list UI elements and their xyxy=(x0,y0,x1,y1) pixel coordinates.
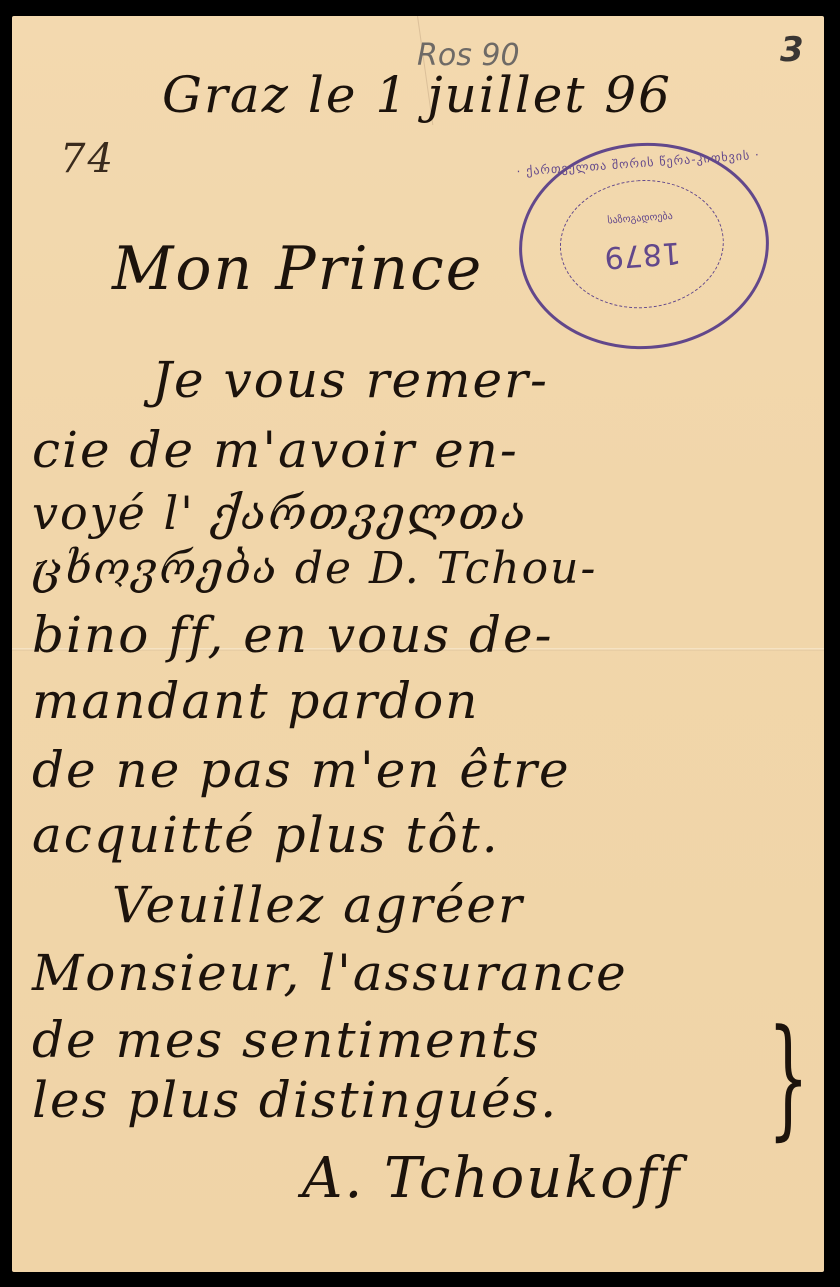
body-line: ცხოვრება de D. Tchou- xyxy=(32,543,597,594)
purple-society-stamp: · ქართველთა შორის წერა-კითხვის · საზოგად… xyxy=(512,135,776,358)
letter-page: Ros 90 3 74 Graz le 1 juillet 96 · ქართვ… xyxy=(12,16,824,1272)
body-line: de ne pas m'en être xyxy=(32,741,571,799)
body-line: mandant pardon xyxy=(32,672,479,730)
body-line: les plus distingués. xyxy=(32,1071,558,1129)
body-line: cie de m'avoir en- xyxy=(32,421,519,479)
dateline: Graz le 1 juillet 96 xyxy=(162,66,672,124)
stamp-inner-text: საზოგადოება xyxy=(559,208,721,230)
body-line: Monsieur, l'assurance xyxy=(32,944,628,1002)
body-line: bino ff, en vous de- xyxy=(32,606,554,664)
body-line: acquitté plus tôt. xyxy=(32,806,500,864)
stamp-ring-text: · ქართველთა შორის წერა-კითხვის · xyxy=(516,148,760,179)
stamp-inner-circle: საზოგადოება 1879 xyxy=(556,175,729,314)
salutation: Mon Prince xyxy=(112,234,483,304)
signature: A. Tchoukoff xyxy=(302,1146,681,1211)
body-line: Je vous remer- xyxy=(152,351,549,409)
body-line: voyé l' ქართველთა xyxy=(32,486,528,540)
body-line: Veuillez agréer xyxy=(112,876,524,934)
margin-number: 74 xyxy=(60,136,115,182)
stamp-year: 1879 xyxy=(561,232,725,278)
body-line: de mes sentiments xyxy=(32,1011,541,1069)
closing-brace: } xyxy=(768,1001,809,1153)
page-number: 3 xyxy=(780,30,804,70)
